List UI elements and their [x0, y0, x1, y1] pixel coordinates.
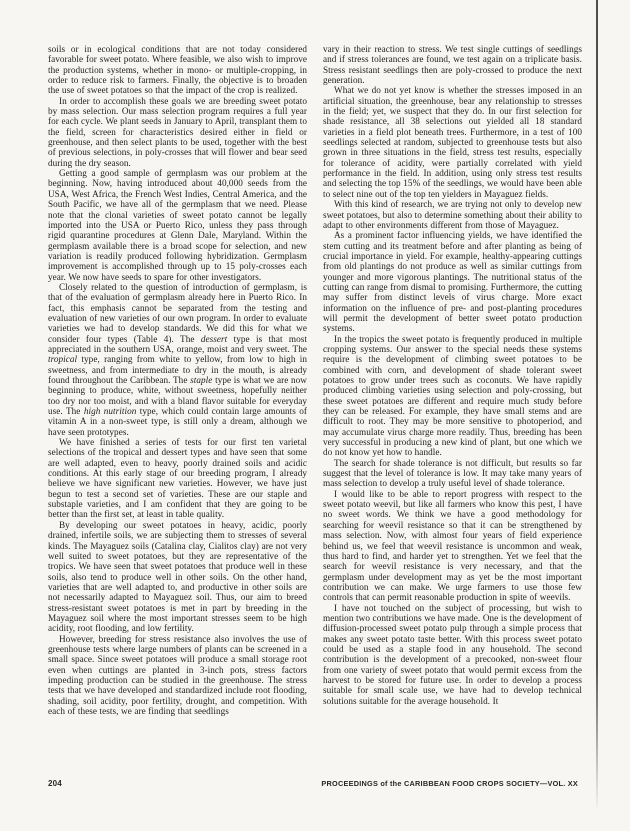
paragraph: In the tropics the sweet potato is frequ… [323, 334, 582, 458]
paragraph: Getting a good sample of germplasm was o… [48, 168, 307, 282]
emphasized-term: dessert [201, 334, 227, 344]
paragraph: soils or in ecological conditions that a… [48, 44, 307, 96]
paragraph: What we do not yet know is whether the s… [323, 85, 582, 199]
scan-artifact-line [596, 0, 598, 812]
emphasized-term: staple [190, 375, 212, 385]
paragraph: By developing our sweet potatoes in heav… [48, 520, 307, 634]
emphasized-term: high nutrition [84, 406, 137, 416]
page-number: 204 [48, 779, 62, 788]
page-footer: 204 PROCEEDINGS of the CARIBBEAN FOOD CR… [48, 779, 578, 788]
paragraph: With this kind of research, we are tryin… [323, 199, 582, 230]
paragraph: We have finished a series of tests for o… [48, 437, 307, 520]
paragraph: However, breeding for stress resistance … [48, 634, 307, 717]
article-body: soils or in ecological conditions that a… [48, 44, 582, 716]
paragraph: Closely related to the question of intro… [48, 282, 307, 437]
paragraph: vary in their reaction to stress. We tes… [323, 44, 582, 85]
left-column: soils or in ecological conditions that a… [48, 44, 307, 716]
paragraph: I would like to be able to report progre… [323, 489, 582, 603]
paragraph: The search for shade tolerance is not di… [323, 458, 582, 489]
emphasized-term: tropical [48, 354, 77, 364]
right-column: vary in their reaction to stress. We tes… [323, 44, 582, 716]
proceedings-footer-text: PROCEEDINGS of the CARIBBEAN FOOD CROPS … [321, 779, 578, 788]
paragraph: I have not touched on the subject of pro… [323, 603, 582, 706]
paragraph: As a prominent factor influencing yields… [323, 230, 582, 333]
document-page: soils or in ecological conditions that a… [0, 0, 630, 831]
paragraph: In order to accomplish these goals we ar… [48, 96, 307, 168]
